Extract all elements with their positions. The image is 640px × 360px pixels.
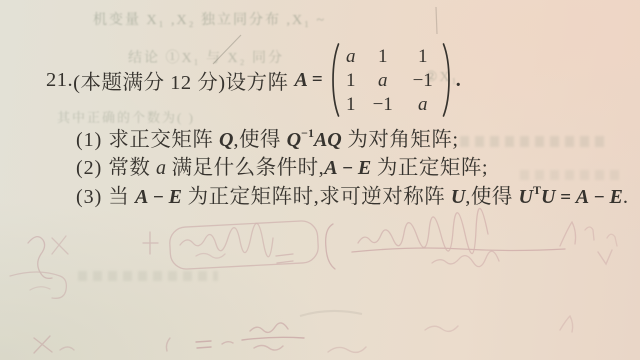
textbook-photo: 机变量 X₁ ,X₂ 独立同分布 ,X₁ ~ 结论 ①X₁ 与 X₂ 同分 ②X… — [0, 0, 640, 360]
handwriting-bleedthrough — [0, 0, 640, 360]
